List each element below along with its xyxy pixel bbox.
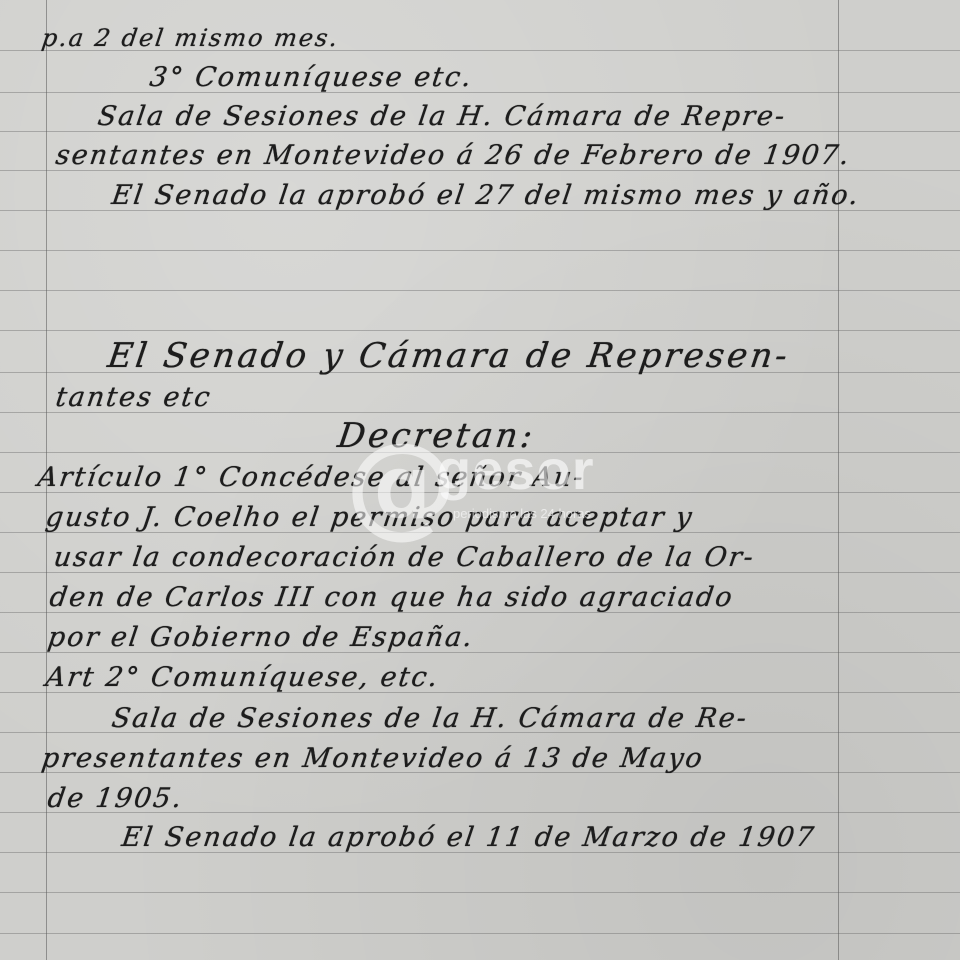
text-line: den de Carlos III con que ha sido agraci…	[48, 582, 736, 613]
text-line: El Senado la aprobó el 11 de Marzo de 19…	[120, 822, 818, 853]
ruled-line	[0, 892, 960, 893]
text-line: de 1905.	[46, 783, 185, 814]
text-line: Sala de Sesiones de la H. Cámara de Re-	[110, 703, 750, 734]
ruled-line	[0, 250, 960, 251]
decree-heading: Decretan:	[335, 416, 538, 456]
text-line: El Senado la aprobó el 27 del mismo mes …	[110, 180, 862, 211]
text-line: Artículo 1° Concédese al señor Au-	[36, 462, 587, 493]
text-line: usar la condecoración de Caballero de la…	[52, 542, 757, 573]
text-line: Art 2° Comuníquese, etc.	[44, 662, 442, 693]
text-line: Sala de Sesiones de la H. Cámara de Repr…	[96, 101, 788, 132]
text-line: gusto J. Coelho el permiso para aceptar …	[44, 502, 696, 533]
document-page: p.a 2 del mismo mes. 3° Comuníquese etc.…	[0, 0, 960, 960]
ruled-line	[0, 933, 960, 934]
text-line: 3° Comuníquese etc.	[148, 62, 475, 93]
ruled-line	[0, 92, 960, 93]
text-line: sentantes en Montevideo á 26 de Febrero …	[54, 140, 853, 171]
text-line: p.a 2 del mismo mes.	[40, 24, 341, 52]
ruled-line	[0, 290, 960, 291]
text-line: tantes etc	[54, 382, 214, 413]
text-line: El Senado y Cámara de Represen-	[105, 336, 792, 376]
text-line: presentantes en Montevideo á 13 de Mayo	[40, 743, 706, 774]
text-line: por el Gobierno de España.	[46, 622, 476, 653]
ruled-line	[0, 330, 960, 331]
